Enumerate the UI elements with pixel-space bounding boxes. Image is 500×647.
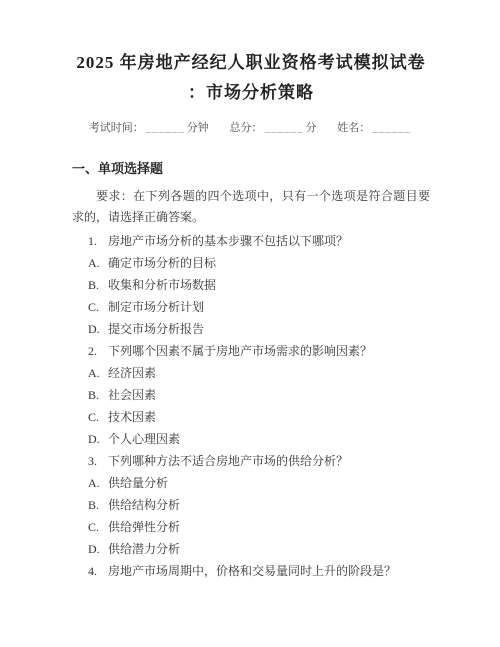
option-text: 经济因素 [108,362,430,384]
question-text: 下列哪种方法不适合房地产市场的供给分析？ [108,450,430,472]
page-title: 2025 年房地产经纪人职业资格考试模拟试卷 ：市场分析策略 [72,48,430,108]
name-group: 姓名：______ [337,120,413,136]
option-label: B. [88,384,108,406]
total-score-unit: 分 [306,122,317,134]
option-label: B. [88,494,108,516]
total-score-group: 总分：______分 [230,120,317,136]
option-label: C. [88,296,108,318]
option-text: 社会因素 [108,384,430,406]
question-3: 3. 下列哪种方法不适合房地产市场的供给分析？ A. 供给量分析 B. 供给结构… [72,450,430,560]
section-heading: 一、单项选择题 [72,160,430,178]
option-text: 提交市场分析报告 [108,318,430,340]
option-text: 制定市场分析计划 [108,296,430,318]
option-label: D. [88,318,108,340]
option-label: D. [88,538,108,560]
option-label: A. [88,362,108,384]
option-label: C. [88,516,108,538]
question-text: 房地产市场周期中，价格和交易量同时上升的阶段是？ [108,560,430,582]
option-text: 供给量分析 [108,472,430,494]
question-3-option-a: A. 供给量分析 [72,472,430,494]
question-number: 1. [88,230,108,252]
exam-paper-page: 2025 年房地产经纪人职业资格考试模拟试卷 ：市场分析策略 考试时间：____… [0,0,500,647]
question-4: 4. 房地产市场周期中，价格和交易量同时上升的阶段是？ [72,560,430,582]
question-number: 4. [88,560,108,582]
question-2-option-c: C. 技术因素 [72,406,430,428]
question-3-option-b: B. 供给结构分析 [72,494,430,516]
question-2-stem: 2. 下列哪个因素不属于房地产市场需求的影响因素？ [72,340,430,362]
option-text: 收集和分析市场数据 [108,274,430,296]
option-label: D. [88,428,108,450]
question-number: 3. [88,450,108,472]
question-2-option-b: B. 社会因素 [72,384,430,406]
option-text: 技术因素 [108,406,430,428]
total-score-label: 总分： [230,122,263,134]
question-text: 下列哪个因素不属于房地产市场需求的影响因素？ [108,340,430,362]
question-1-option-c: C. 制定市场分析计划 [72,296,430,318]
question-1: 1. 房地产市场分析的基本步骤不包括以下哪项？ A. 确定市场分析的目标 B. … [72,230,430,340]
section-requirement: 要求：在下列各题的四个选项中，只有一个选项是符合题目要求的，请选择正确答案。 [72,186,430,228]
option-label: A. [88,472,108,494]
exam-time-group: 考试时间：______分钟 [89,120,209,136]
question-1-stem: 1. 房地产市场分析的基本步骤不包括以下哪项？ [72,230,430,252]
option-label: C. [88,406,108,428]
page-title-line1: 2025 年房地产经纪人职业资格考试模拟试卷 [72,48,430,78]
name-blank: ______ [372,122,411,134]
exam-time-blank: ______ [146,122,185,134]
question-1-option-d: D. 提交市场分析报告 [72,318,430,340]
page-title-line2: ：市场分析策略 [72,78,430,108]
question-3-stem: 3. 下列哪种方法不适合房地产市场的供给分析？ [72,450,430,472]
question-1-option-a: A. 确定市场分析的目标 [72,252,430,274]
question-number: 2. [88,340,108,362]
exam-meta-row: 考试时间：______分钟 总分：______分 姓名：______ [72,120,430,136]
option-text: 个人心理因素 [108,428,430,450]
question-1-option-b: B. 收集和分析市场数据 [72,274,430,296]
option-text: 供给潜力分析 [108,538,430,560]
option-text: 供给结构分析 [108,494,430,516]
total-score-blank: ______ [265,122,304,134]
question-text: 房地产市场分析的基本步骤不包括以下哪项？ [108,230,430,252]
question-4-stem: 4. 房地产市场周期中，价格和交易量同时上升的阶段是？ [72,560,430,582]
question-2-option-a: A. 经济因素 [72,362,430,384]
question-3-option-d: D. 供给潜力分析 [72,538,430,560]
option-label: A. [88,252,108,274]
option-text: 确定市场分析的目标 [108,252,430,274]
name-label: 姓名： [337,122,370,134]
question-2-option-d: D. 个人心理因素 [72,428,430,450]
question-3-option-c: C. 供给弹性分析 [72,516,430,538]
option-label: B. [88,274,108,296]
option-text: 供给弹性分析 [108,516,430,538]
exam-time-label: 考试时间： [89,122,144,134]
exam-time-unit: 分钟 [187,122,209,134]
question-2: 2. 下列哪个因素不属于房地产市场需求的影响因素？ A. 经济因素 B. 社会因… [72,340,430,450]
